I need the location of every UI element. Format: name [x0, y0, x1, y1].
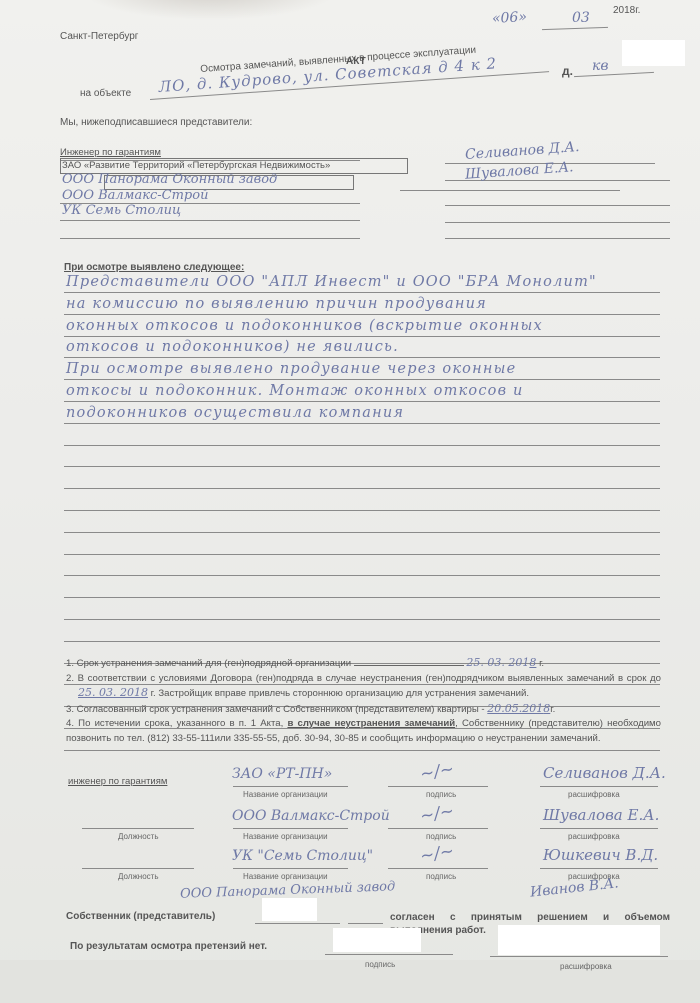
- decoding-line: [540, 868, 658, 869]
- owner-label: Собственник (представитель): [66, 911, 215, 922]
- redacted-apartment-number: [622, 40, 685, 66]
- extra-name: Иванов В.А.: [529, 875, 619, 900]
- decoding-line: [540, 786, 658, 787]
- object-label: на объекте: [80, 88, 131, 99]
- position-value: инженер по гарантиям: [68, 776, 167, 787]
- findings-rule: [64, 575, 660, 576]
- findings-text: подоконников осуществила компания: [66, 405, 404, 421]
- owner-decoding-caption: расшифровка: [560, 962, 612, 971]
- name-line-5: [445, 238, 670, 239]
- note-3-date: 20.05.201: [487, 702, 543, 715]
- findings-rule: [64, 292, 660, 293]
- signature-scribble: ~/~: [419, 759, 456, 785]
- owner-line-a: [255, 923, 340, 924]
- document-page: Санкт-Петербург «06» 03 2018г. АКТ Осмот…: [0, 0, 700, 1003]
- name-line-4: [445, 222, 670, 223]
- decoding-value: Селиванов Д.А.: [543, 764, 666, 782]
- signature-caption: подпись: [426, 832, 456, 841]
- findings-text: оконных откосов и подоконников (вскрытие…: [66, 318, 543, 334]
- signature-caption: подпись: [426, 790, 456, 799]
- findings-rule: [64, 401, 660, 402]
- organization-value: ЗАО «РТ-ПН»: [232, 766, 332, 782]
- signature-scribble: ~/~: [419, 801, 456, 827]
- date-day: «06»: [492, 9, 528, 27]
- notes: 1. Срок устранения замечаний для (ген)по…: [66, 656, 661, 746]
- note-1-blank: [354, 656, 464, 666]
- organization-caption: Название организации: [243, 872, 328, 881]
- redacted-owner-name: [262, 898, 317, 921]
- rep-line-3: [60, 238, 360, 239]
- findings-text: откосы и подоконник. Монтаж оконных отко…: [66, 383, 524, 399]
- date-month: 03: [572, 10, 590, 26]
- position-line: [82, 828, 194, 829]
- findings-rule: [64, 641, 660, 642]
- decoding-value: Шувалова Е.А.: [543, 806, 659, 824]
- name-line-3: [445, 205, 670, 206]
- decoding-line: [540, 828, 658, 829]
- organization-value: ООО Валмакс-Строй: [232, 808, 390, 824]
- org-2: ООО Валмакс-Строй: [62, 188, 208, 203]
- findings-rule: [64, 379, 660, 380]
- findings-rule: [64, 423, 660, 424]
- note-2: 2. В соответствии с условиями Договора (…: [66, 672, 661, 702]
- engineer-role: Инженер по гарантиям: [60, 147, 161, 158]
- organization-line: [233, 868, 348, 869]
- findings-text: на комиссию по выявлению причин продуван…: [66, 296, 487, 312]
- shadow: [80, 0, 340, 20]
- owner-line-b: [348, 923, 383, 924]
- position-caption: Должность: [118, 832, 159, 841]
- org-3: УК Семь Столиц: [62, 203, 181, 218]
- name-line-2: [400, 190, 620, 191]
- findings-rule: [64, 357, 660, 358]
- decoding-caption: расшифровка: [568, 832, 620, 841]
- findings-rule: [64, 336, 660, 337]
- signature-caption: подпись: [426, 872, 456, 881]
- findings-text: При осмотре выявлено продувание через ок…: [66, 361, 516, 377]
- findings-rule: [64, 445, 660, 446]
- signature-line: [388, 828, 488, 829]
- findings-text: Представители ООО "АПЛ Инвест" и ООО "БР…: [66, 274, 597, 290]
- note-2-date: 25. 03. 201: [78, 686, 141, 699]
- apartment-value: кв: [592, 58, 609, 74]
- organization-caption: Название организации: [243, 790, 328, 799]
- redacted-owner-signature: [333, 928, 421, 952]
- no-claims: По результатам осмотра претензий нет.: [70, 941, 267, 952]
- apartment-line: [574, 72, 654, 77]
- rep-line-2: [60, 220, 360, 221]
- redacted-owner-decoding: [498, 925, 660, 955]
- decoding-value: Юшкевич В.Д.: [543, 846, 658, 864]
- apartment-label: д.: [562, 64, 573, 78]
- findings-label: При осмотре выявлено следующее:: [64, 262, 244, 273]
- owner-sign-line: [325, 954, 453, 955]
- findings-rule: [64, 750, 660, 751]
- note-4: 4. По истечении срока, указанного в п. 1…: [66, 717, 661, 746]
- city: Санкт-Петербург: [60, 31, 138, 42]
- signature-scribble: ~/~: [419, 841, 456, 867]
- organization-caption: Название организации: [243, 832, 328, 841]
- findings-text: откосов и подоконников) не явились.: [66, 339, 399, 355]
- owner-sign-caption: подпись: [365, 960, 395, 969]
- findings-rule: [64, 510, 660, 511]
- note-1-date: 25. 03. 201: [466, 656, 529, 669]
- findings-rule: [64, 597, 660, 598]
- organization-line: [233, 786, 348, 787]
- signature-line: [388, 868, 488, 869]
- findings-rule: [64, 619, 660, 620]
- findings-rule: [64, 532, 660, 533]
- findings-rule: [64, 314, 660, 315]
- organization-value: УК "Семь Столиц": [232, 848, 373, 864]
- org-1: ООО Панорама Оконный завод: [62, 172, 277, 187]
- findings-rule: [64, 554, 660, 555]
- owner-decoding-line: [490, 956, 668, 957]
- organization-line: [233, 828, 348, 829]
- org-0: ЗАО «Развитие Территорий «Петербургская …: [62, 160, 330, 171]
- findings-rule: [64, 466, 660, 467]
- representatives-intro: Мы, нижеподписавшиеся представители:: [60, 117, 252, 128]
- decoding-caption: расшифровка: [568, 790, 620, 799]
- date-month-line: [542, 27, 608, 30]
- note-3: 3. Согласованный срок устранения замечан…: [66, 702, 661, 718]
- position-caption: Должность: [118, 872, 159, 881]
- findings-rule: [64, 488, 660, 489]
- signature-line: [388, 786, 488, 787]
- position-line: [82, 868, 194, 869]
- note-1: 1. Срок устранения замечаний для (ген)по…: [66, 656, 661, 672]
- date-year: 2018г.: [613, 5, 640, 16]
